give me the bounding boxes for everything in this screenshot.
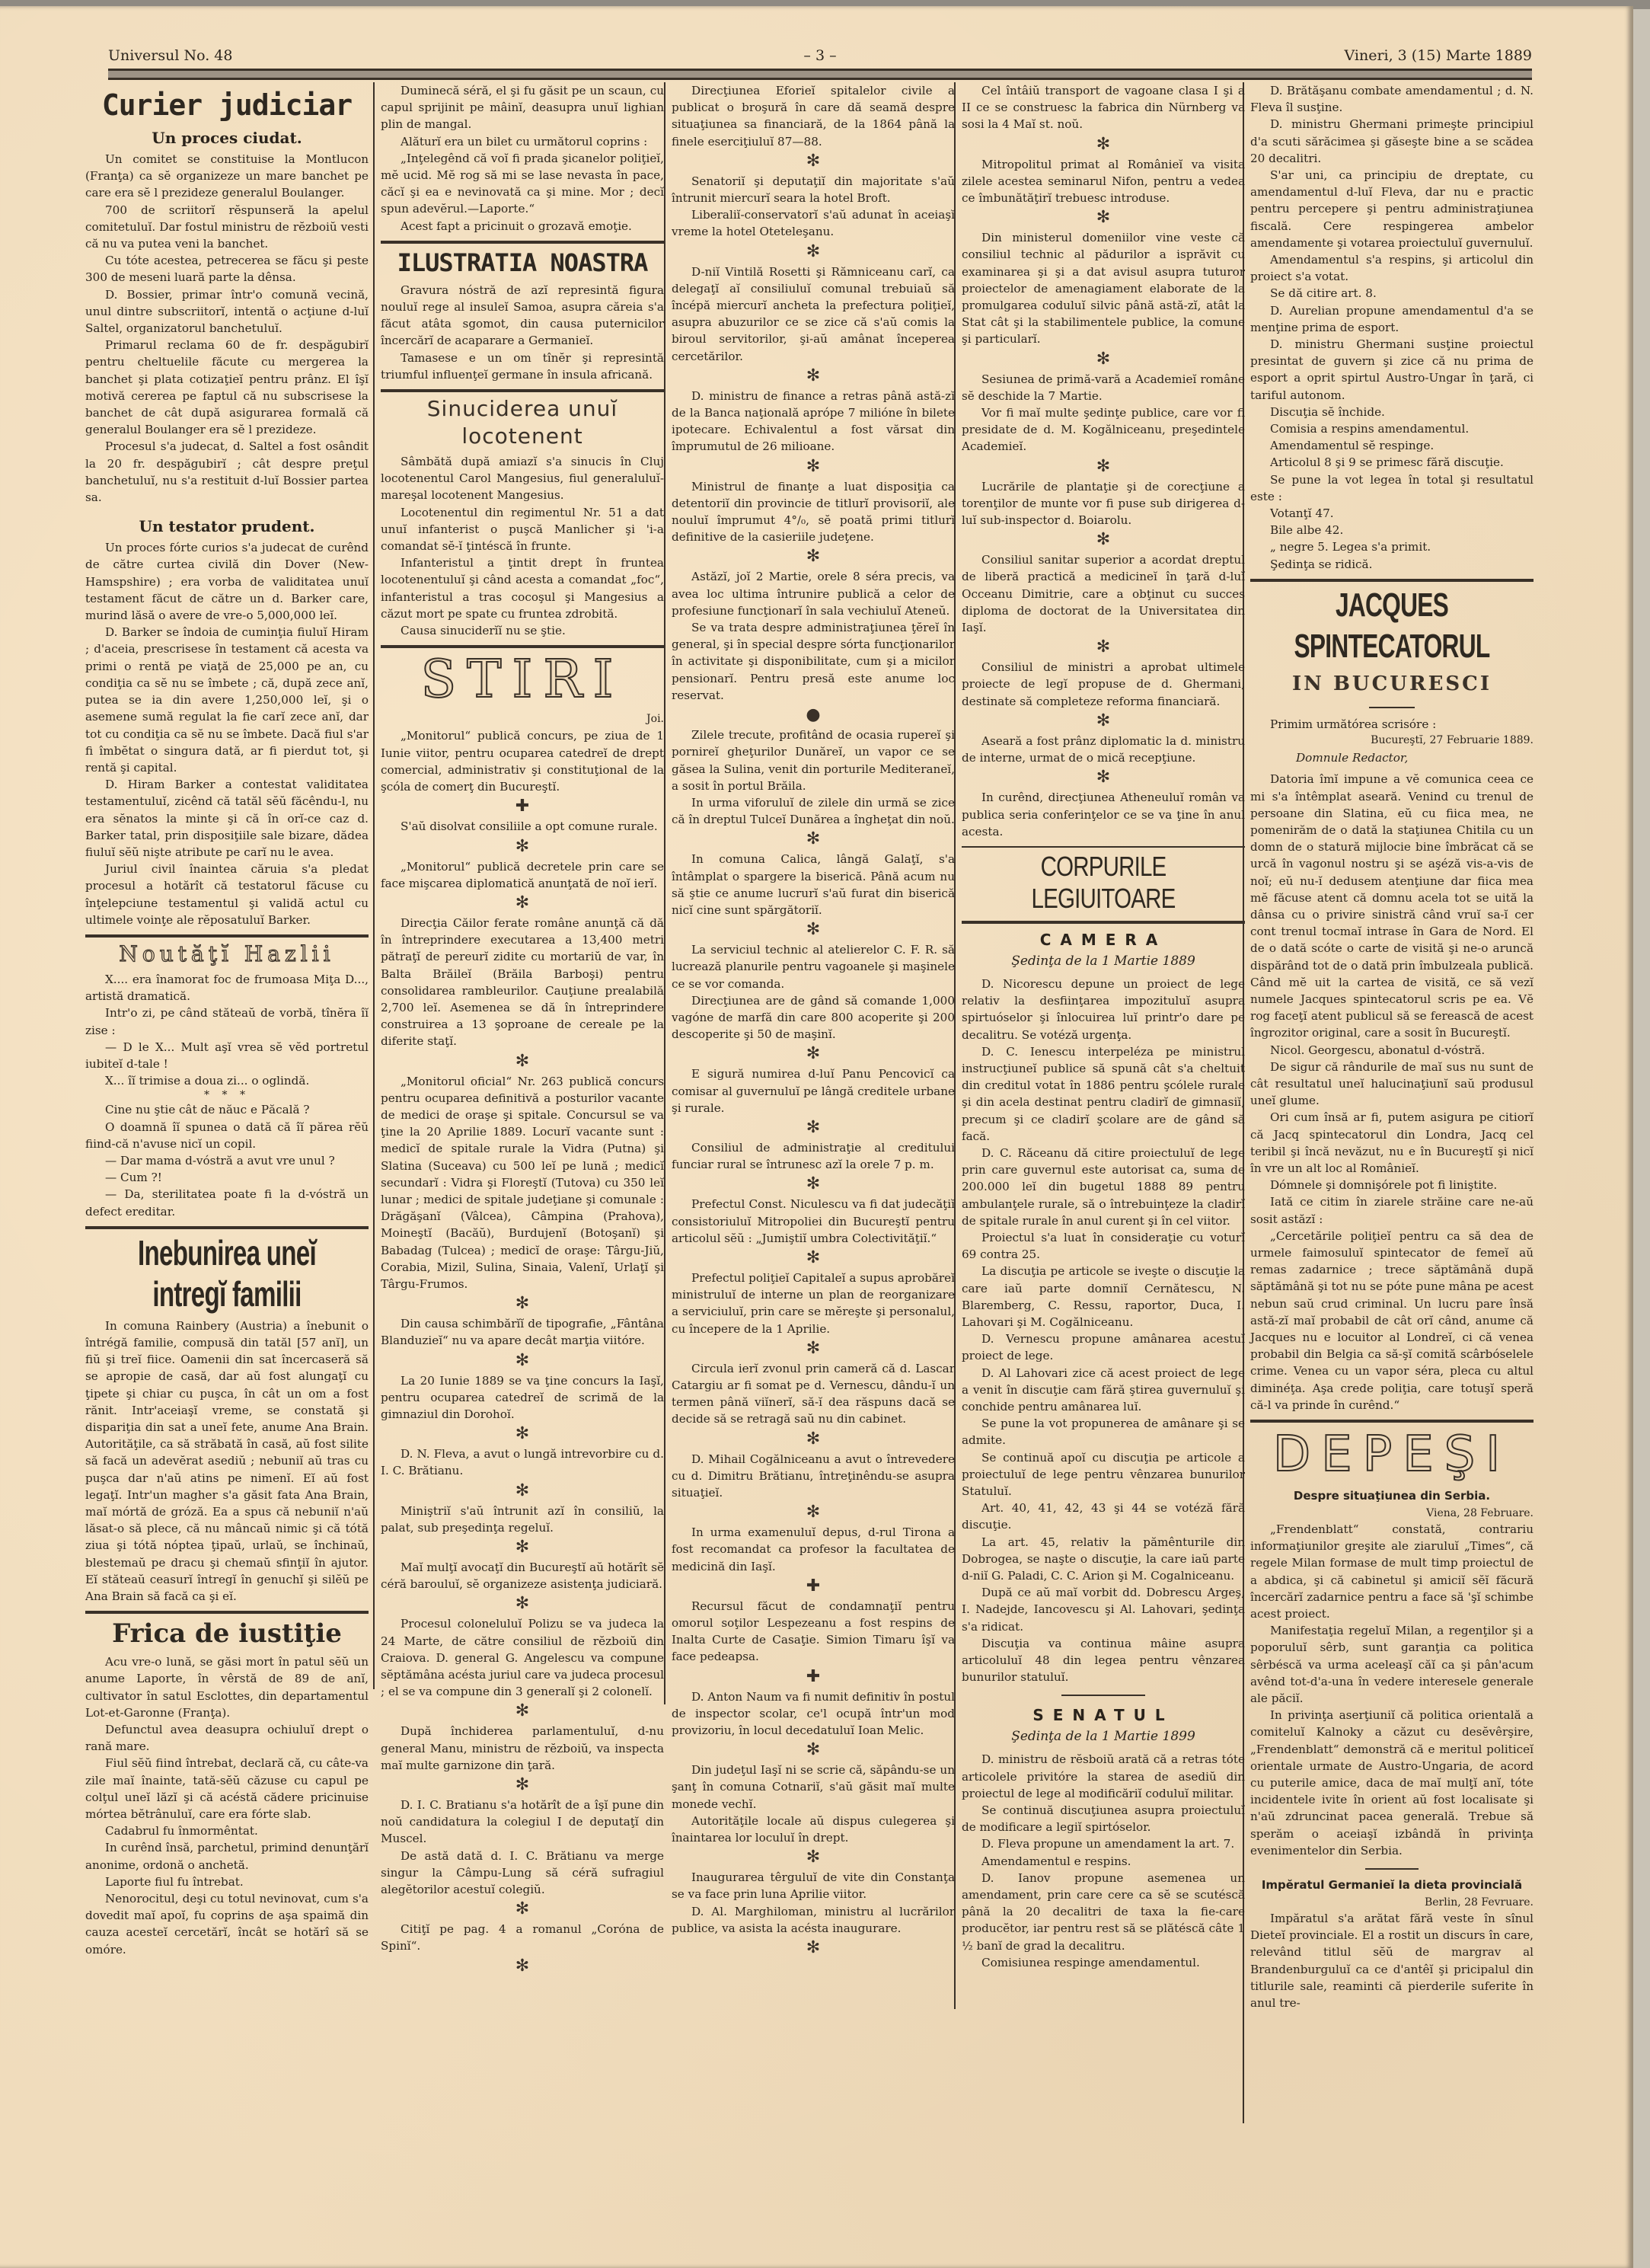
article-paragraph: Primarul reclama 60 de fr. despăgubirĭ p… bbox=[85, 337, 369, 438]
article-paragraph: Amendamentul sĕ respinge. bbox=[1250, 437, 1534, 454]
news-item: Mitropolitul primat al Românieĭ va visit… bbox=[962, 156, 1245, 207]
news-paragraph: De astă dată d. I. C. Brătianu va merge … bbox=[381, 1848, 664, 1899]
section-rule bbox=[962, 921, 1245, 924]
news-paragraph: In urma viforuluĭ de zilele din urmă se … bbox=[672, 794, 955, 828]
news-paragraph: D. Al. Marghiloman, ministru al lucrăril… bbox=[672, 1903, 955, 1937]
letter-dateline: Bucureştĭ, 27 Februarie 1889. bbox=[1250, 733, 1534, 748]
stiri-day: Joi. bbox=[381, 711, 664, 727]
news-paragraph: D. I. C. Bratianu s'a hotărît de a îşĭ p… bbox=[381, 1797, 664, 1848]
dispatch-dateline: Viena, 28 Februare. bbox=[1250, 1506, 1534, 1521]
article-paragraph: D. Al Lahovari zice că acest proiect de … bbox=[962, 1365, 1245, 1416]
article-paragraph: Comisia a respins amendamentul. bbox=[1250, 420, 1534, 437]
dispatch-title: Despre situaţiunea din Serbia. bbox=[1250, 1488, 1534, 1504]
article-paragraph: Se pune la vot legea în total şi resulta… bbox=[1250, 471, 1534, 505]
news-item: „Monitorul oficial“ Nr. 263 publică conc… bbox=[381, 1073, 664, 1293]
section-title-corpurile-legiuitoare: CORPURILE LEGIUITOARE bbox=[987, 851, 1219, 915]
news-item: Consiliul sanitar superior a acordat dre… bbox=[962, 551, 1245, 636]
article-paragraph: X.... era înamorat foc de frumoasa Miţa … bbox=[85, 971, 369, 1005]
news-paragraph: Mitropolitul primat al Românieĭ va visit… bbox=[962, 156, 1245, 207]
section-title-curier-judiciar: Curier judiciar bbox=[85, 87, 369, 123]
article-paragraph: X... îĭ trimise a doua zi... o oglindă. bbox=[85, 1072, 369, 1089]
divider bbox=[1369, 707, 1415, 708]
article-paragraph: Cadabrul fu înmormêntat. bbox=[85, 1822, 369, 1839]
news-item: Direcţia Căilor ferate române anunţă că … bbox=[381, 915, 664, 1050]
article-paragraph: Gravura nóstră de azĭ represintă figura … bbox=[381, 282, 664, 350]
column-4: Cel întâiŭ transport de vagoane clasa I … bbox=[962, 82, 1245, 1971]
cross-ornament-icon: ✚ bbox=[381, 795, 664, 818]
article-paragraph: D. Ianov propune asemenea un amendament,… bbox=[962, 1870, 1245, 1954]
article-paragraph: Tamasese e un om tînĕr şi represintă tri… bbox=[381, 350, 664, 383]
news-paragraph: Din causa schimbărĭĭ de tipografie, „Fân… bbox=[381, 1315, 664, 1349]
article-paragraph: Manifestaţia regeluĭ Milan, a regenţilor… bbox=[1250, 1622, 1534, 1707]
article-paragraph: Se continuă apoĭ cu discuţia pe articole… bbox=[962, 1449, 1245, 1500]
news-item: D. Anton Naum va fi numit definitiv în p… bbox=[672, 1688, 955, 1739]
asterisk-ornament-icon: ✻ bbox=[381, 1700, 664, 1723]
senatul-title: SENATUL bbox=[962, 1704, 1245, 1727]
asterisk-ornament-icon: ✻ bbox=[962, 710, 1245, 733]
article-paragraph: D. ministru de rĕsboiŭ arată că a retras… bbox=[962, 1751, 1245, 1802]
news-item: D. ministru de finance a retras până ast… bbox=[672, 388, 955, 455]
asterisk-ornament-icon: ✻ bbox=[381, 1536, 664, 1559]
asterisk-ornament-icon: ✻ bbox=[672, 1739, 955, 1762]
camera-session: Şedinţa de la 1 Martie 1889 bbox=[962, 951, 1245, 971]
news-item: „Monitorul“ publică concurs, pe ziua de … bbox=[381, 727, 664, 795]
news-paragraph: Prefectul Const. Niculescu va fi dat jud… bbox=[672, 1196, 955, 1247]
section-rule bbox=[85, 1611, 369, 1614]
news-paragraph: Astăzĭ, joĭ 2 Martie, orele 8 séra preci… bbox=[672, 568, 955, 619]
article-paragraph: Defunctul avea deasupra ochiuluĭ drept o… bbox=[85, 1721, 369, 1755]
article-paragraph: Juriul civil înaintea căruia s'a pledat … bbox=[85, 861, 369, 928]
asterisk-ornament-icon: ✻ bbox=[672, 455, 955, 478]
asterisk-ornament-icon: ✻ bbox=[672, 1043, 955, 1065]
article-paragraph: Sâmbătă după amiazĭ s'a sinucis în Cluj … bbox=[381, 453, 664, 504]
article-paragraph: Nicol. Georgescu, abonatul d-vóstră. bbox=[1250, 1042, 1534, 1059]
article-paragraph: In comuna Rainbery (Austria) a înebunit … bbox=[85, 1318, 369, 1605]
news-item: Prefectul Const. Niculescu va fi dat jud… bbox=[672, 1196, 955, 1247]
asterisk-ornament-icon: ✻ bbox=[672, 1337, 955, 1360]
article-paragraph: D. C. Răceanu dă citire proiectuluĭ de l… bbox=[962, 1145, 1245, 1229]
article-paragraph: Nenorocitul, deşi cu totul nevinovat, cu… bbox=[85, 1890, 369, 1958]
asterisk-ornament-icon: ✻ bbox=[672, 241, 955, 264]
news-item: Senatoriĭ şi deputaţiĭ din majoritate s'… bbox=[672, 173, 955, 241]
article-paragraph: Se pune la vot propunerea de amânare şi … bbox=[962, 1415, 1245, 1449]
news-item: „Monitorul“ publică decretele prin care … bbox=[381, 858, 664, 892]
article-paragraph: — D le X... Mult aşĭ vrea sĕ vĕd portret… bbox=[85, 1039, 369, 1072]
news-item: Direcţiunea Eforieĭ spitalelor civile a … bbox=[672, 82, 955, 150]
circle-ornament-icon: ● bbox=[672, 704, 955, 727]
article-paragraph: Comisiunea respinge amendamentul. bbox=[962, 1954, 1245, 1971]
asterisk-ornament-icon: ✻ bbox=[381, 1898, 664, 1921]
news-item: D. N. Fleva, a avut o lungă intrevorbire… bbox=[381, 1445, 664, 1479]
article-paragraph: Alăturĭ era un bilet cu următorul coprin… bbox=[381, 133, 664, 150]
asterisk-ornament-icon: ✻ bbox=[962, 529, 1245, 551]
news-item: Prefectul poliţieĭ Capitaleĭ a supus apr… bbox=[672, 1270, 955, 1337]
news-paragraph: S'aŭ disolvat consiliile a opt comune ru… bbox=[381, 818, 664, 835]
article-title: Un proces ciudat. bbox=[85, 126, 369, 149]
news-paragraph: La serviciul technic al atelierelor C. F… bbox=[672, 941, 955, 992]
news-paragraph: In comuna Calica, lângă Galaţĭ, s'a întâ… bbox=[672, 851, 955, 918]
asterisk-ornament-icon: ✻ bbox=[962, 206, 1245, 229]
asterisk-ornament-icon: ✻ bbox=[672, 1846, 955, 1869]
asterisk-ornament-icon: ✻ bbox=[962, 766, 1245, 789]
news-item: Lucrările de plantaţie şi de corecţiune … bbox=[962, 478, 1245, 529]
news-paragraph: „Monitorul“ publică decretele prin care … bbox=[381, 858, 664, 892]
article-paragraph: S'ar uni, ca principiu de dreptate, cu a… bbox=[1250, 167, 1534, 251]
article-paragraph: Locotenentul din regimentul Nr. 51 a dat… bbox=[381, 504, 664, 555]
news-paragraph: D-niĭ Vintilă Rosetti şi Rămniceanu carĭ… bbox=[672, 264, 955, 365]
dispatch-title: Impĕratul Germanieĭ la dieta provincială bbox=[1250, 1877, 1534, 1893]
asterisk-ornament-icon: ✻ bbox=[381, 1955, 664, 1978]
article-paragraph: „Inţelegênd că voĭ fi prada şicanelor po… bbox=[381, 150, 664, 218]
asterisk-ornament-icon: ✻ bbox=[381, 892, 664, 915]
asterisk-ornament-icon: ✻ bbox=[672, 365, 955, 388]
news-paragraph: Liberaliĭ-conservatorĭ s'aŭ adunat în ac… bbox=[672, 206, 955, 240]
section-title-jacques: JACQUES SPINTECATORUL bbox=[1262, 585, 1521, 667]
news-paragraph: Circula ierĭ zvonul prin cameră că d. La… bbox=[672, 1360, 955, 1428]
news-item: In curênd, direcţiunea Atheneuluĭ român … bbox=[962, 789, 1245, 840]
news-item: Ministrul de finanţe a luat disposiţia c… bbox=[672, 478, 955, 546]
article-paragraph: Procesul s'a judecat, d. Saltel a fost o… bbox=[85, 438, 369, 506]
asterisk-ornament-icon: ✻ bbox=[381, 1774, 664, 1797]
divider bbox=[1061, 1695, 1145, 1696]
news-paragraph: Autorităţile locale aŭ dispus culegerea … bbox=[672, 1813, 955, 1846]
section-rule bbox=[381, 645, 664, 648]
news-item: D. Mihail Cogălniceanu a avut o întreved… bbox=[672, 1451, 955, 1502]
article-paragraph: Votanţĭ 47. bbox=[1250, 505, 1534, 522]
news-paragraph: Direcţia Căilor ferate române anunţă că … bbox=[381, 915, 664, 1050]
news-paragraph: „Monitorul oficial“ Nr. 263 publică conc… bbox=[381, 1073, 664, 1293]
section-title-sinuciderea: Sinuciderea unuĭ locotenent bbox=[381, 395, 664, 450]
news-paragraph: Consiliul de ministri a aprobat ultimele… bbox=[962, 659, 1245, 710]
news-paragraph: „Monitorul“ publică concurs, pe ziua de … bbox=[381, 727, 664, 795]
masthead: Universul No. 48 – 3 – Vineri, 3 (15) Ma… bbox=[108, 44, 1532, 65]
news-paragraph: Direcţiunea Eforieĭ spitalelor civile a … bbox=[672, 82, 955, 150]
article-paragraph: Un proces fórte curios s'a judecat de cu… bbox=[85, 539, 369, 624]
news-item: E sigură numirea d-luĭ Panu Pencovicĭ ca… bbox=[672, 1065, 955, 1116]
newspaper-page: Universul No. 48 – 3 – Vineri, 3 (15) Ma… bbox=[0, 6, 1633, 2268]
asterisk-ornament-icon: ✻ bbox=[962, 636, 1245, 659]
news-paragraph: Inaugurarea têrguluĭ de vite din Constan… bbox=[672, 1869, 955, 1902]
article-paragraph: Dómnele şi domnişórele pot fi liniştite. bbox=[1250, 1177, 1534, 1193]
news-paragraph: D. Anton Naum va fi numit definitiv în p… bbox=[672, 1688, 955, 1739]
page-number: – 3 – bbox=[108, 47, 1532, 64]
cross-ornament-icon: ✚ bbox=[672, 1575, 955, 1598]
news-item: S'aŭ disolvat consiliile a opt comune ru… bbox=[381, 818, 664, 835]
article-paragraph: — Da, sterilitatea poate fi la d-vóstră … bbox=[85, 1186, 369, 1219]
news-item: Aseară a fost prânz diplomatic la d. min… bbox=[962, 733, 1245, 766]
dispatch-dateline: Berlin, 28 Fevruare. bbox=[1250, 1895, 1534, 1910]
news-paragraph: Procesul coloneluluĭ Polizu se va judeca… bbox=[381, 1615, 664, 1700]
article-paragraph: — Cum ?! bbox=[85, 1169, 369, 1186]
news-item: Miniştriĭ s'aŭ întrunit azĭ în consiliŭ,… bbox=[381, 1503, 664, 1536]
article-paragraph: Amendamentul e respins. bbox=[962, 1853, 1245, 1870]
column-5: D. Brătăşanu combate amendamentul ; d. N… bbox=[1250, 82, 1534, 2011]
article-paragraph: Discuţia sĕ închide. bbox=[1250, 404, 1534, 420]
article-paragraph: D. C. Ienescu interpeléza pe ministrul i… bbox=[962, 1043, 1245, 1145]
news-item: La 20 Iunie 1889 se va ţine concurs la I… bbox=[381, 1372, 664, 1423]
news-paragraph: Senatoriĭ şi deputaţiĭ din majoritate s'… bbox=[672, 173, 955, 206]
article-paragraph: La discuţia pe articole se iveşte o disc… bbox=[962, 1263, 1245, 1330]
article-paragraph: D. Barker se îndoia de cuminţia fiuluĭ H… bbox=[85, 624, 369, 776]
news-paragraph: La 20 Iunie 1889 se va ţine concurs la I… bbox=[381, 1372, 664, 1423]
divider bbox=[1365, 1868, 1419, 1870]
asterisk-ornament-icon: ✻ bbox=[381, 835, 664, 858]
camera-title: CAMERA bbox=[962, 928, 1245, 951]
article-paragraph: La art. 45, relativ la pămênturile din D… bbox=[962, 1534, 1245, 1585]
article-paragraph: Acu vre-o lună, se găsi mort în patul sĕ… bbox=[85, 1653, 369, 1721]
news-paragraph: Citiţĭ pe pag. 4 a romanul „Coróna de Sp… bbox=[381, 1921, 664, 1954]
article-paragraph: D. ministru Ghermani susţine proiectul p… bbox=[1250, 336, 1534, 404]
news-item: La serviciul technic al atelierelor C. F… bbox=[672, 941, 955, 1043]
article-paragraph: Se dă citire art. 8. bbox=[1250, 285, 1534, 302]
article-title: Un testator prudent. bbox=[85, 515, 369, 538]
article-paragraph: Proiectul s'a luat în consideraţie cu vo… bbox=[962, 1229, 1245, 1263]
news-paragraph: Lucrările de plantaţie şi de corecţiune … bbox=[962, 478, 1245, 529]
article-paragraph: — Dar mama d-vóstră a avut vre unul ? bbox=[85, 1152, 369, 1169]
column-2: Duminecă séră, el şi fu găsit pe un scau… bbox=[381, 82, 664, 1978]
news-paragraph: Maĭ mulţĭ avocaţĭ din Bucureştĭ aŭ hotăr… bbox=[381, 1559, 664, 1592]
article-paragraph: D. Nicorescu depune un proiect de lege r… bbox=[962, 976, 1245, 1043]
news-item: D-niĭ Vintilă Rosetti şi Rămniceanu carĭ… bbox=[672, 264, 955, 365]
section-rule bbox=[381, 241, 664, 244]
news-item: Consiliul de ministri a aprobat ultimele… bbox=[962, 659, 1245, 710]
news-paragraph: Se va trata despre administraţiunea ţĕre… bbox=[672, 619, 955, 704]
news-paragraph: După închiderea parlamentuluĭ, d-nu gene… bbox=[381, 1723, 664, 1774]
news-paragraph: In curênd, direcţiunea Atheneuluĭ român … bbox=[962, 789, 1245, 840]
article-paragraph: Ori cum însă ar fi, putem asigura pe cit… bbox=[1250, 1109, 1534, 1177]
article-paragraph: „Frendenblatt“ constată, contrariu infor… bbox=[1250, 1521, 1534, 1622]
section-rule bbox=[962, 846, 1245, 848]
news-paragraph: Direcţiunea are de gând să comande 1,000… bbox=[672, 992, 955, 1043]
news-item: Inaugurarea têrguluĭ de vite din Constan… bbox=[672, 1869, 955, 1937]
section-title-frica-de-justitie: Frica de iustiţie bbox=[85, 1617, 369, 1650]
article-paragraph: Causa sinuciderĭĭ nu se ştie. bbox=[381, 622, 664, 639]
news-item: Procesul coloneluluĭ Polizu se va judeca… bbox=[381, 1615, 664, 1700]
news-item: Din ministerul domeniilor vine veste că … bbox=[962, 229, 1245, 347]
asterisk-ornament-icon: ✻ bbox=[672, 1428, 955, 1451]
article-paragraph: Iată ce citim în ziarele străine care ne… bbox=[1250, 1193, 1534, 1227]
asterisk-ornament-icon: ✻ bbox=[672, 1116, 955, 1139]
issue-date: Vineri, 3 (15) Marte 1889 bbox=[1345, 47, 1533, 64]
news-paragraph: Din judeţul Iaşĭ ni se scrie că, săpându… bbox=[672, 1762, 955, 1813]
article-paragraph: D. Aurelian propune amendamentul d'a se … bbox=[1250, 302, 1534, 336]
news-paragraph: Vor fi maĭ multe şedinţe publice, care v… bbox=[962, 404, 1245, 455]
news-item: Citiţĭ pe pag. 4 a romanul „Coróna de Sp… bbox=[381, 1921, 664, 1954]
section-rule bbox=[85, 1226, 369, 1229]
news-item: Sesiunea de primă-vară a Academieĭ român… bbox=[962, 371, 1245, 455]
column-divider bbox=[664, 82, 665, 1704]
article-paragraph: Discuţia va continua mâine asupra artico… bbox=[962, 1635, 1245, 1686]
section-title-noutati-hazlii: Noutăţĭ Hazlii bbox=[85, 941, 369, 968]
article-paragraph: D. Hiram Barker a contestat validitatea … bbox=[85, 776, 369, 861]
asterisk-ornament-icon: ✻ bbox=[672, 1247, 955, 1270]
news-item: Cel întâiŭ transport de vagoane clasa I … bbox=[962, 82, 1245, 133]
news-paragraph: D. N. Fleva, a avut o lungă intrevorbire… bbox=[381, 1445, 664, 1479]
article-paragraph: D. Bossier, primar într'o comună vecină,… bbox=[85, 286, 369, 337]
asterisk-ornament-icon: ✻ bbox=[962, 133, 1245, 156]
news-item: Zilele trecute, profitând de ocasia rupe… bbox=[672, 727, 955, 828]
article-paragraph: D. Vernescu propune amânarea acestuĭ pro… bbox=[962, 1330, 1245, 1364]
asterisk-ornament-icon: ✻ bbox=[381, 1480, 664, 1503]
masthead-rule bbox=[108, 69, 1532, 80]
section-title-stiri: STIRI bbox=[381, 653, 664, 708]
section-rule bbox=[381, 389, 664, 392]
article-paragraph: Un comitet se constituise la Montlucon (… bbox=[85, 151, 369, 202]
article-paragraph: 700 de scriitorĭ rĕspunseră la apelul co… bbox=[85, 202, 369, 253]
article-paragraph: „ negre 5. Legea s'a primit. bbox=[1250, 538, 1534, 555]
news-paragraph: D. ministru de finance a retras până ast… bbox=[672, 388, 955, 455]
article-paragraph: Impăratul s'a arătat fără veste în sînul… bbox=[1250, 1910, 1534, 2011]
asterisk-ornament-icon: ✻ bbox=[672, 918, 955, 941]
article-paragraph: Cine nu ştie cât de năuc e Păcală ? bbox=[85, 1101, 369, 1118]
column-1: Curier judiciar Un proces ciudat. Un com… bbox=[85, 82, 369, 1958]
article-paragraph: „Cercetările poliţieĭ pentru ca să dea d… bbox=[1250, 1228, 1534, 1414]
article-paragraph: D. Brătăşanu combate amendamentul ; d. N… bbox=[1250, 82, 1534, 116]
asterisk-ornament-icon: ✻ bbox=[672, 1937, 955, 1960]
news-item: In urma examenuluĭ depus, d-rul Tirona a… bbox=[672, 1524, 955, 1575]
article-paragraph: O doamnă îĭ spunea o dată că îĭ părea rĕ… bbox=[85, 1119, 369, 1152]
letter-salutation: Domnule Redactor, bbox=[1296, 749, 1534, 766]
senatul-session: Şedinţa de la 1 Martie 1899 bbox=[962, 1727, 1245, 1746]
article-paragraph: De sigur că rândurile de maĭ sus nu sunt… bbox=[1250, 1059, 1534, 1110]
news-item: Circula ierĭ zvonul prin cameră că d. La… bbox=[672, 1360, 955, 1428]
letter-intro: Primim următórea scrisóre : bbox=[1250, 716, 1534, 733]
news-paragraph: Consiliul de administraţie al creditului… bbox=[672, 1139, 955, 1173]
article-paragraph: In curênd însă, parchetul, primind denun… bbox=[85, 1839, 369, 1873]
article-paragraph: Cu tóte acestea, petrecerea se făcu şi p… bbox=[85, 252, 369, 286]
section-rule bbox=[85, 934, 369, 938]
asterisk-ornament-icon: ✻ bbox=[381, 1423, 664, 1445]
news-paragraph: Aseară a fost prânz diplomatic la d. min… bbox=[962, 733, 1245, 766]
asterisk-ornament-icon: ✻ bbox=[381, 1350, 664, 1372]
news-paragraph: Sesiunea de primă-vară a Academieĭ român… bbox=[962, 371, 1245, 404]
asterisk-ornament-icon: ✻ bbox=[962, 348, 1245, 371]
news-item: Din judeţul Iaşĭ ni se scrie că, săpându… bbox=[672, 1762, 955, 1846]
news-paragraph: Recursul făcut de condamnaţiĭ pentru omo… bbox=[672, 1598, 955, 1666]
column-3: Direcţiunea Eforieĭ spitalelor civile a … bbox=[672, 82, 955, 1960]
article-paragraph: Art. 40, 41, 42, 43 şi 44 se votéză fără… bbox=[962, 1500, 1245, 1533]
stars-ornament: * * * bbox=[85, 1089, 369, 1101]
article-paragraph: După ce aŭ maĭ vorbit dd. Dobrescu Argeş… bbox=[962, 1584, 1245, 1635]
news-item: După închiderea parlamentuluĭ, d-nu gene… bbox=[381, 1723, 664, 1774]
asterisk-ornament-icon: ✻ bbox=[672, 828, 955, 851]
section-rule bbox=[1250, 579, 1534, 582]
news-item: Maĭ mulţĭ avocaţĭ din Bucureştĭ aŭ hotăr… bbox=[381, 1559, 664, 1592]
asterisk-ornament-icon: ✻ bbox=[381, 1292, 664, 1315]
asterisk-ornament-icon: ✻ bbox=[672, 1501, 955, 1524]
article-paragraph: Articolul 8 şi 9 se primesc fără discuţi… bbox=[1250, 454, 1534, 471]
news-item: Din causa schimbărĭĭ de tipografie, „Fân… bbox=[381, 1315, 664, 1349]
cross-ornament-icon: ✚ bbox=[672, 1666, 955, 1688]
news-paragraph: Consiliul sanitar superior a acordat dre… bbox=[962, 551, 1245, 636]
article-paragraph: Amendamentul s'a respins, şi articolul d… bbox=[1250, 251, 1534, 285]
news-item: D. I. C. Bratianu s'a hotărît de a îşĭ p… bbox=[381, 1797, 664, 1898]
jacques-subtitle: IN BUCURESCI bbox=[1250, 670, 1534, 698]
section-title-inebunirea: Inebunirea uneĭ intregĭ familii bbox=[103, 1232, 350, 1314]
article-paragraph: Laporte fiul fu întrebat. bbox=[85, 1873, 369, 1890]
news-paragraph: In urma examenuluĭ depus, d-rul Tirona a… bbox=[672, 1524, 955, 1575]
news-paragraph: Din ministerul domeniilor vine veste că … bbox=[962, 229, 1245, 347]
asterisk-ornament-icon: ✻ bbox=[672, 545, 955, 568]
article-paragraph: Şedinţa se ridică. bbox=[1250, 556, 1534, 573]
news-item: Astăzĭ, joĭ 2 Martie, orele 8 séra preci… bbox=[672, 568, 955, 704]
article-paragraph: D. ministru Ghermani primeşte principiul… bbox=[1250, 116, 1534, 167]
news-paragraph: Miniştriĭ s'aŭ întrunit azĭ în consiliŭ,… bbox=[381, 1503, 664, 1536]
article-paragraph: Intr'o zi, pe când stăteaŭ de vorbă, tîn… bbox=[85, 1005, 369, 1038]
news-paragraph: Ministrul de finanţe a luat disposiţia c… bbox=[672, 478, 955, 546]
news-paragraph: D. Mihail Cogălniceanu a avut o întreved… bbox=[672, 1451, 955, 1502]
news-paragraph: Cel întâiŭ transport de vagoane clasa I … bbox=[962, 82, 1245, 133]
news-paragraph: E sigură numirea d-luĭ Panu Pencovicĭ ca… bbox=[672, 1065, 955, 1116]
article-paragraph: Se continuă discuţiunea asupra proiectul… bbox=[962, 1802, 1245, 1835]
news-item: Consiliul de administraţie al creditului… bbox=[672, 1139, 955, 1173]
article-paragraph: Acest fapt a pricinuit o grozavă emoţie. bbox=[381, 218, 664, 235]
section-title-depesi: DEPEŞI bbox=[1250, 1427, 1534, 1482]
news-paragraph: Zilele trecute, profitând de ocasia rupe… bbox=[672, 727, 955, 794]
article-paragraph: Fiul sĕŭ fiind întrebat, declară că, cu … bbox=[85, 1755, 369, 1822]
article-paragraph: Bile albe 42. bbox=[1250, 522, 1534, 538]
article-paragraph: Infanteristul a ţintit drept în fruntea … bbox=[381, 554, 664, 622]
asterisk-ornament-icon: ✻ bbox=[672, 1173, 955, 1196]
article-paragraph: In privinţa aserţiuniĭ că politica orien… bbox=[1250, 1707, 1534, 1859]
article-paragraph: Datoria îmĭ impune a vĕ comunica ceea ce… bbox=[1250, 771, 1534, 1041]
news-item: Recursul făcut de condamnaţiĭ pentru omo… bbox=[672, 1598, 955, 1666]
column-divider bbox=[373, 82, 375, 1689]
asterisk-ornament-icon: ✻ bbox=[962, 455, 1245, 478]
section-title-ilustratia: ILUSTRATIA NOASTRA bbox=[381, 247, 664, 279]
asterisk-ornament-icon: ✻ bbox=[381, 1050, 664, 1073]
news-item: In comuna Calica, lângă Galaţĭ, s'a întâ… bbox=[672, 851, 955, 918]
section-rule bbox=[1250, 1420, 1534, 1423]
article-paragraph: D. Fleva propune un amendament la art. 7… bbox=[962, 1835, 1245, 1852]
asterisk-ornament-icon: ✻ bbox=[381, 1592, 664, 1615]
article-paragraph: Duminecă séră, el şi fu găsit pe un scau… bbox=[381, 82, 664, 133]
asterisk-ornament-icon: ✻ bbox=[672, 150, 955, 173]
news-paragraph: Prefectul poliţieĭ Capitaleĭ a supus apr… bbox=[672, 1270, 955, 1337]
